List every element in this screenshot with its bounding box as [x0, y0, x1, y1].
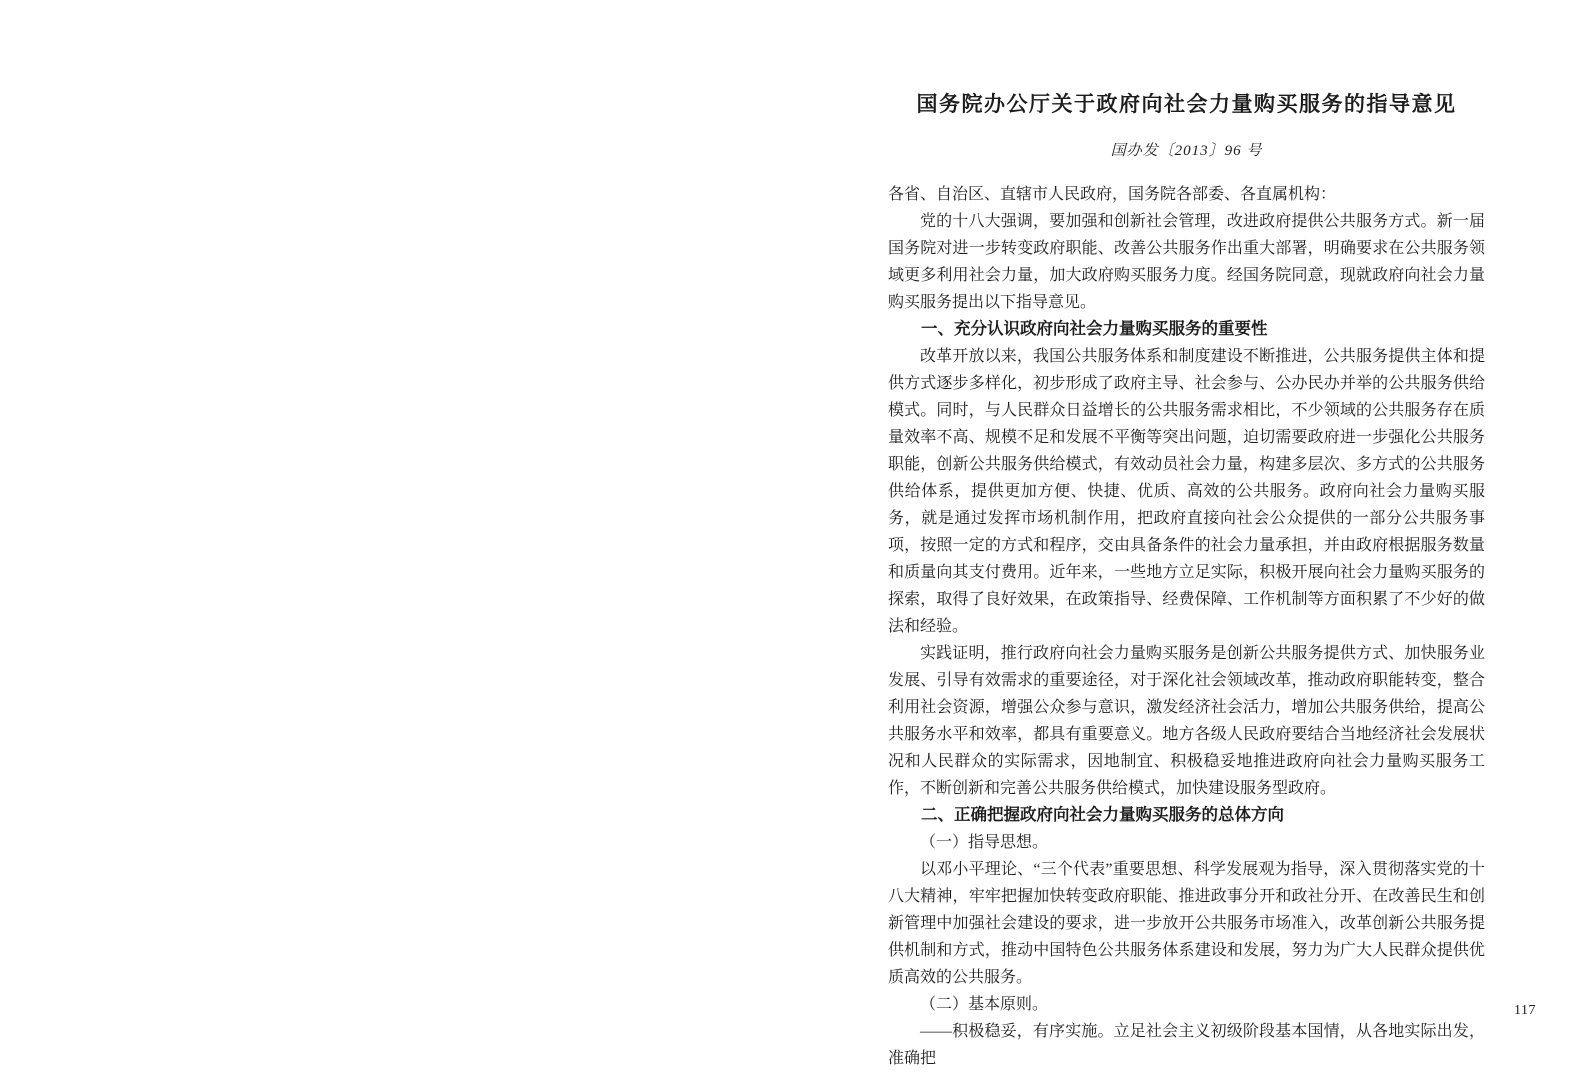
document-title: 国务院办公厅关于政府向社会力量购买服务的指导意见 — [888, 90, 1485, 118]
document-number: 国办发〔2013〕96 号 — [888, 142, 1485, 160]
salutation: 各省、自治区、直辖市人民政府，国务院各部委、各直属机构： — [888, 181, 1485, 208]
paragraph: 党的十八大强调，要加强和创新社会管理，改进政府提供公共服务方式。新一届国务院对进… — [888, 208, 1485, 316]
paragraph: 实践证明，推行政府向社会力量购买服务是创新公共服务提供方式、加快服务业发展、引导… — [888, 640, 1485, 802]
paragraph: 以邓小平理论、“三个代表”重要思想、科学发展观为指导，深入贯彻落实党的十八大精神… — [888, 856, 1485, 991]
page-number: 117 — [1514, 1003, 1536, 1019]
sub-heading: （一）指导思想。 — [888, 829, 1485, 856]
paragraph: ——积极稳妥，有序实施。立足社会主义初级阶段基本国情，从各地实际出发，准确把 — [888, 1018, 1485, 1072]
paragraph: 改革开放以来，我国公共服务体系和制度建设不断推进，公共服务提供主体和提供方式逐步… — [888, 343, 1485, 640]
document-body: 各省、自治区、直辖市人民政府，国务院各部委、各直属机构： 党的十八大强调，要加强… — [888, 181, 1485, 1072]
document-page: 国务院办公厅关于政府向社会力量购买服务的指导意见 国办发〔2013〕96 号 各… — [0, 0, 1587, 1077]
section-heading-2: 二、正确把握政府向社会力量购买服务的总体方向 — [888, 802, 1485, 829]
sub-heading: （二）基本原则。 — [888, 991, 1485, 1018]
document-content: 国务院办公厅关于政府向社会力量购买服务的指导意见 国办发〔2013〕96 号 各… — [888, 90, 1485, 1072]
section-heading-1: 一、充分认识政府向社会力量购买服务的重要性 — [888, 316, 1485, 343]
